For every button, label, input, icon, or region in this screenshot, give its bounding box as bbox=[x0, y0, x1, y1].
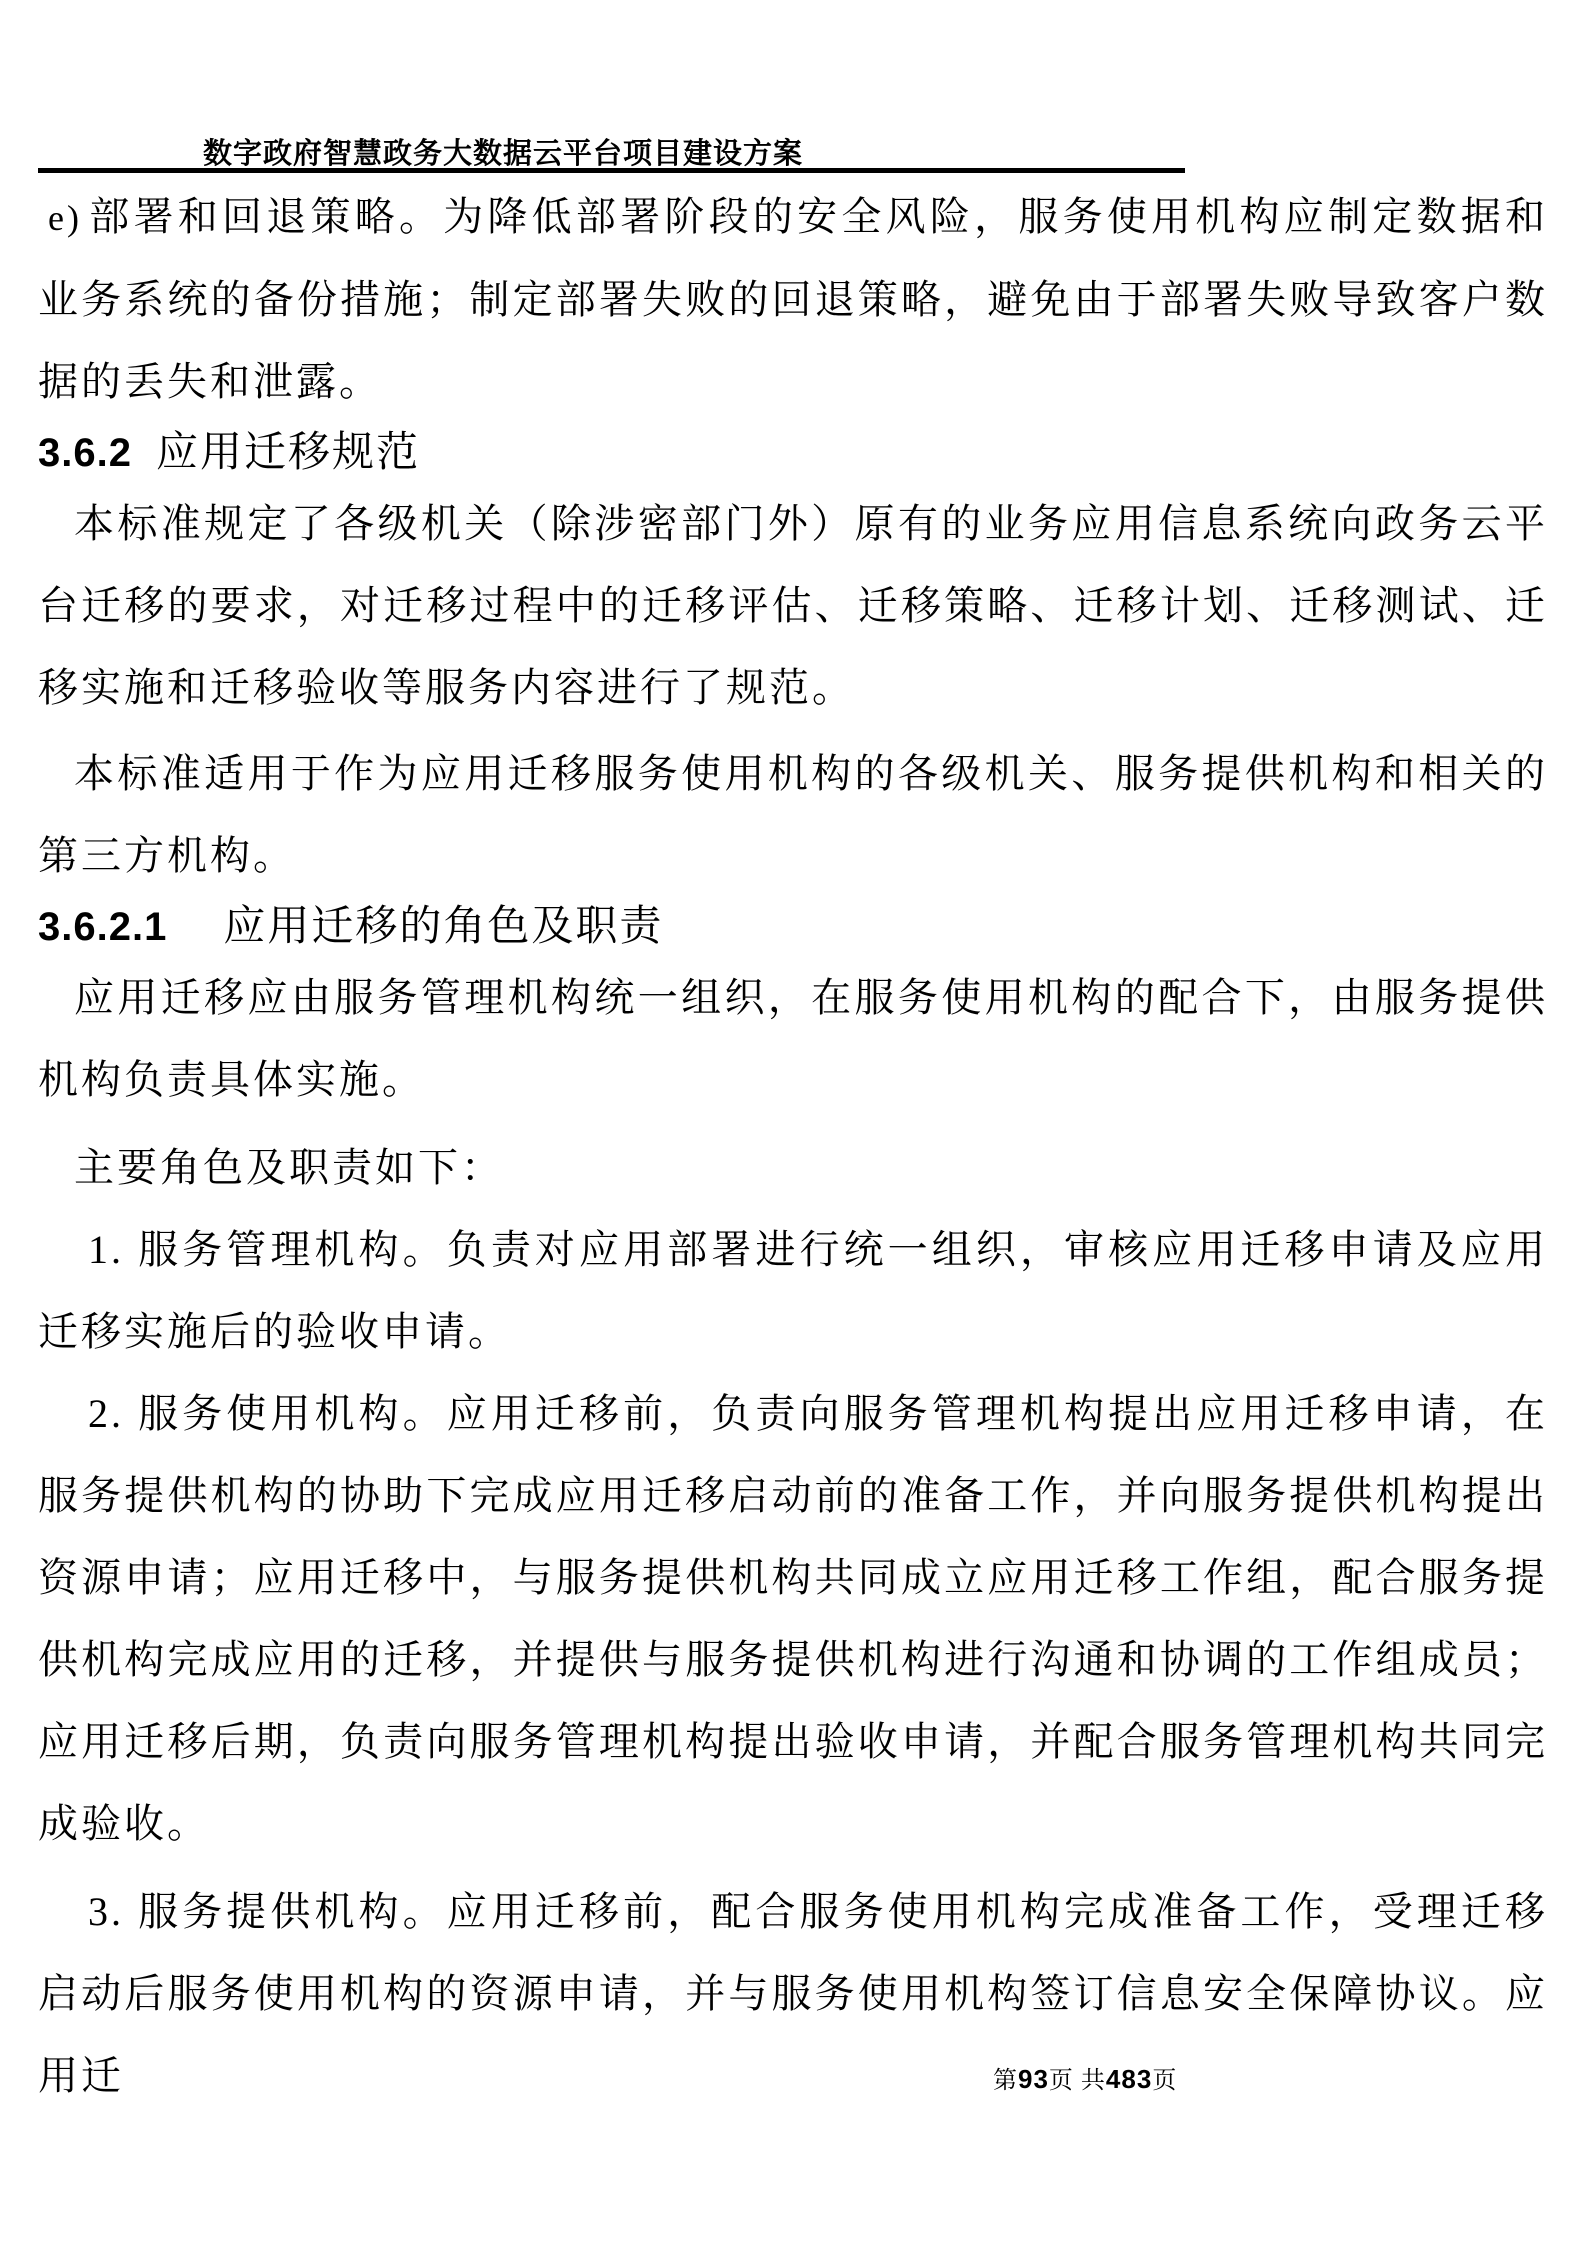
page-footer: 第93页 共483页 bbox=[993, 2060, 1177, 2095]
list-item-e: e)部署和回退策略。为降低部署阶段的安全风险，服务使用机构应制定数据和业务系统的… bbox=[38, 176, 1548, 423]
paragraph-organization: 应用迁移应由服务管理机构统一组织，在服务使用机构的配合下，由服务提供机构负责具体… bbox=[38, 957, 1548, 1121]
list-item-e-text: 部署和回退策略。为降低部署阶段的安全风险，服务使用机构应制定数据和业务系统的备份… bbox=[38, 194, 1548, 404]
paragraph-standard-applicability: 本标准适用于作为应用迁移服务使用机构的各级机关、服务提供机构和相关的第三方机构。 bbox=[38, 733, 1548, 897]
section-heading-3-6-2-1-number: 3.6.2.1 bbox=[38, 905, 167, 949]
section-heading-3-6-2-1-title: 应用迁移的角色及职责 bbox=[223, 904, 663, 950]
numbered-item-2-service-user-org: 2. 服务使用机构。应用迁移前，负责向服务管理机构提出应用迁移申请，在服务提供机… bbox=[38, 1373, 1548, 1865]
footer-page-suffix: 页 bbox=[1152, 2068, 1177, 2094]
section-heading-3-6-2-title: 应用迁移规范 bbox=[156, 430, 420, 476]
running-header-title: 数字政府智慧政务大数据云平台项目建设方案 bbox=[203, 131, 803, 172]
section-heading-3-6-2-1: 3.6.2.1应用迁移的角色及职责 bbox=[38, 897, 1548, 957]
document-page: 数字政府智慧政务大数据云平台项目建设方案 e)部署和回退策略。为降低部署阶段的安… bbox=[0, 0, 1587, 2245]
footer-page-middle: 页 共 bbox=[1049, 2068, 1106, 2094]
paragraph-standard-scope: 本标准规定了各级机关（除涉密部门外）原有的业务应用信息系统向政务云平台迁移的要求… bbox=[38, 483, 1548, 729]
document-body: e)部署和回退策略。为降低部署阶段的安全风险，服务使用机构应制定数据和业务系统的… bbox=[38, 176, 1548, 2117]
list-item-e-marker: e) bbox=[48, 177, 76, 259]
section-heading-3-6-2: 3.6.2应用迁移规范 bbox=[38, 423, 1548, 483]
footer-page-number: 93 bbox=[1018, 2064, 1049, 2094]
header-rule-divider bbox=[38, 168, 1185, 173]
numbered-item-3-service-provider-org: 3. 服务提供机构。应用迁移前，配合服务使用机构完成准备工作，受理迁移启动后服务… bbox=[38, 1871, 1548, 2117]
section-heading-3-6-2-number: 3.6.2 bbox=[38, 431, 132, 475]
paragraph-roles-intro: 主要角色及职责如下： bbox=[38, 1127, 1548, 1209]
footer-total-pages: 483 bbox=[1106, 2064, 1152, 2094]
footer-page-prefix: 第 bbox=[993, 2068, 1018, 2094]
numbered-item-1-service-management-org: 1. 服务管理机构。负责对应用部署进行统一组织，审核应用迁移申请及应用迁移实施后… bbox=[38, 1209, 1548, 1373]
